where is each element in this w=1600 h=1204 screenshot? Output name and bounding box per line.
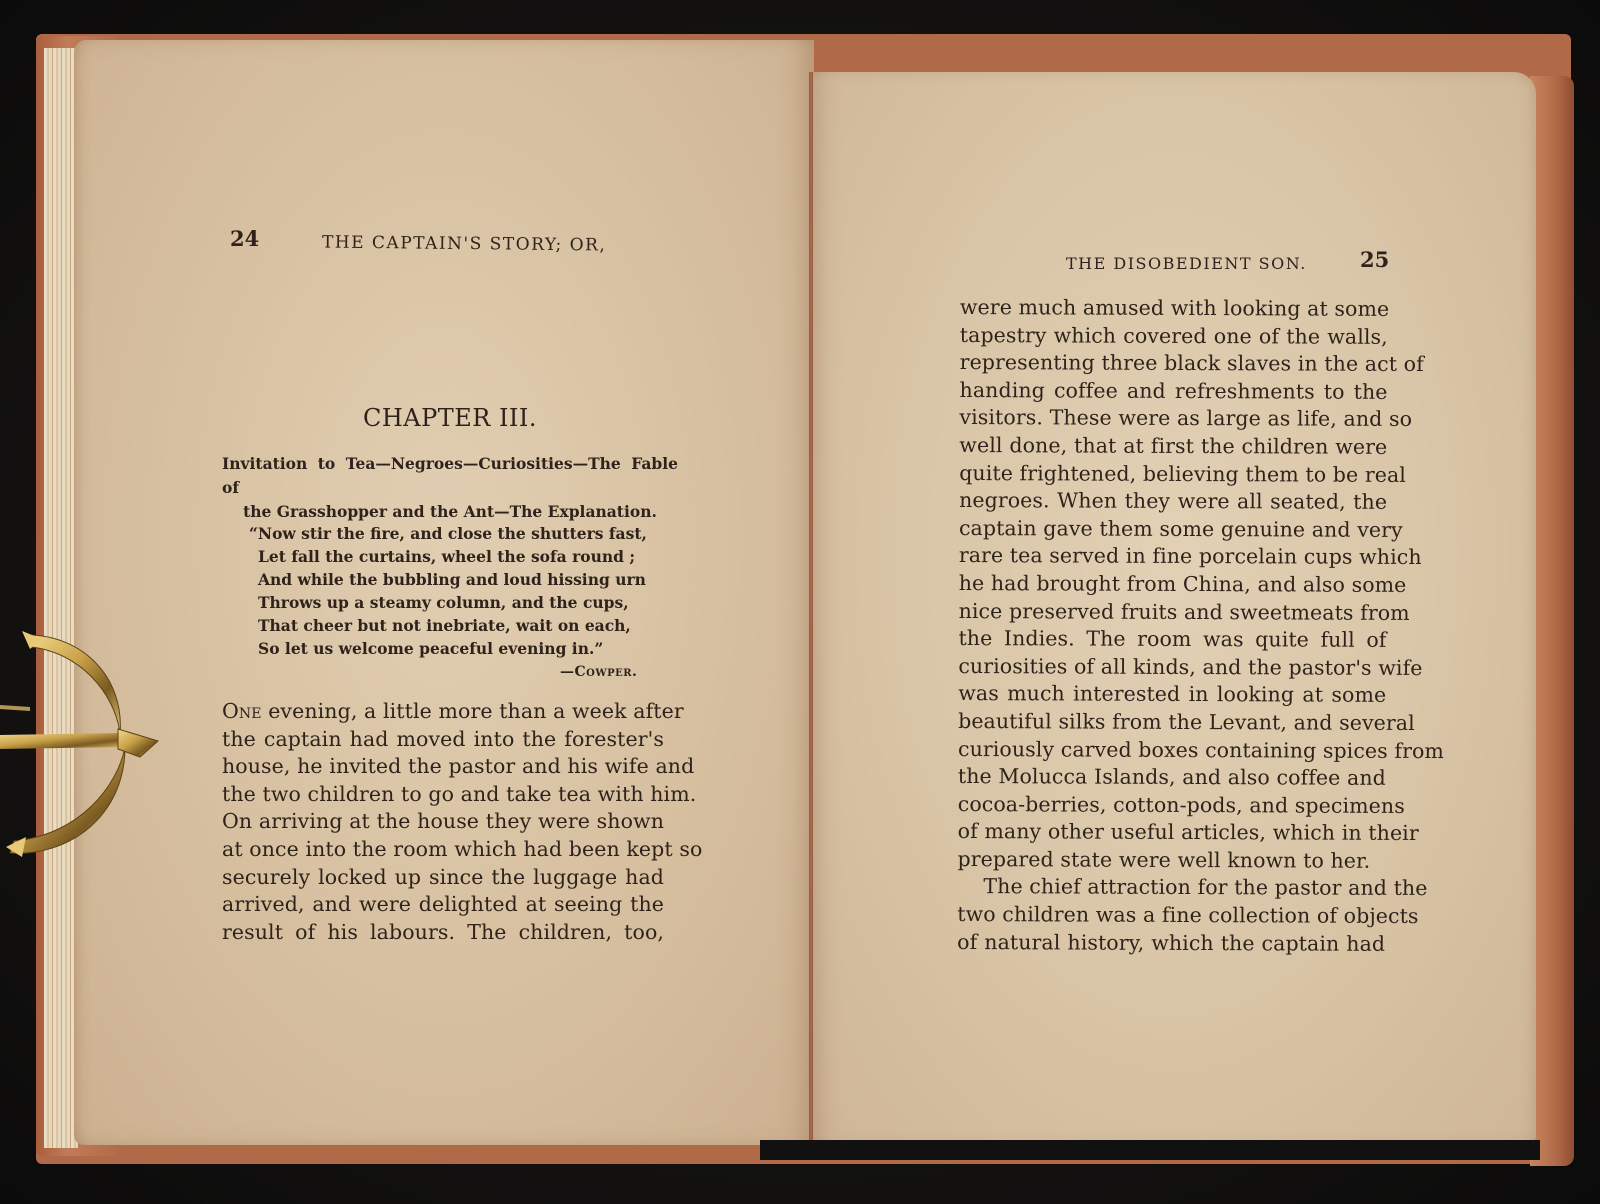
body-line: two children was a fine collection of ob… — [957, 901, 1385, 930]
epigraph-attribution: —Cowper. — [560, 664, 637, 680]
book-photo: 24 THE CAPTAIN'S STORY; OR, CHAPTER III.… — [0, 0, 1600, 1204]
body-line: the Molucca Islands, and also coffee and — [958, 763, 1386, 792]
body-line: captain gave them some genuine and very — [959, 515, 1387, 544]
epigraph-line: Throws up a steamy column, and the cups, — [258, 591, 658, 614]
body-line: curiously carved boxes containing spices… — [958, 735, 1386, 764]
body-line: well done, that at first the children we… — [959, 432, 1387, 461]
body-line: handing coffee and refreshments to the — [960, 377, 1388, 406]
body-line: of natural history, which the captain ha… — [957, 929, 1385, 958]
chapter-summary-line: Invitation to Tea—Negroes—Curiosities—Th… — [222, 452, 678, 500]
anchor-bookmark-icon — [0, 625, 170, 865]
left-body-text: One evening, a little more than a week a… — [222, 698, 664, 946]
body-line: the captain had moved into the forester'… — [222, 726, 664, 754]
body-line: house, he invited the pastor and his wif… — [222, 753, 664, 781]
body-line: rare tea served in fine porcelain cups w… — [959, 542, 1387, 571]
body-line: The chief attraction for the pastor and … — [957, 873, 1385, 902]
body-line: beautiful silks from the Levant, and sev… — [958, 708, 1386, 737]
epigraph: “Now stir the fire, and close the shutte… — [258, 522, 658, 660]
body-line: representing three black slaves in the a… — [960, 349, 1388, 378]
left-page-number: 24 — [230, 226, 259, 251]
chapter-summary: Invitation to Tea—Negroes—Curiosities—Th… — [222, 452, 678, 524]
body-line: One evening, a little more than a week a… — [222, 698, 664, 726]
epigraph-line: And while the bubbling and loud hissing … — [258, 568, 658, 591]
page-edges — [44, 48, 78, 1148]
body-line: prepared state were well known to her. — [957, 846, 1385, 875]
body-line: the Indies. The room was quite full of — [958, 625, 1386, 654]
body-line: of many other useful articles, which in … — [958, 818, 1386, 847]
drop-word: One — [222, 699, 262, 723]
epigraph-line: Let fall the curtains, wheel the sofa ro… — [258, 545, 658, 568]
chapter-title: CHAPTER III. — [225, 404, 675, 432]
epigraph-line: “Now stir the fire, and close the shutte… — [249, 522, 658, 545]
body-line: result of his labours. The children, too… — [222, 919, 664, 947]
epigraph-line: That cheer but not inebriate, wait on ea… — [258, 614, 658, 637]
body-line: tapestry which covered one of the walls, — [960, 322, 1388, 351]
body-line: curiosities of all kinds, and the pastor… — [958, 653, 1386, 682]
cover-right-edge — [1530, 76, 1574, 1166]
body-line: at once into the room which had been kep… — [222, 836, 664, 864]
epigraph-line: So let us welcome peaceful evening in.” — [258, 637, 658, 660]
body-line: quite frightened, believing them to be r… — [959, 460, 1387, 489]
body-line: On arriving at the house they were shown — [222, 808, 664, 836]
bottom-shadow — [760, 1140, 1540, 1160]
left-running-header: THE CAPTAIN'S STORY; OR, — [322, 233, 606, 256]
right-body-text: were much amused with looking at some ta… — [957, 294, 1388, 958]
body-line: negroes. When they were all seated, the — [959, 487, 1387, 516]
right-running-header: THE DISOBEDIENT SON. — [1066, 254, 1307, 273]
body-line: he had brought from China, and also some — [959, 570, 1387, 599]
body-line: cocoa-berries, cotton-pods, and specimen… — [958, 791, 1386, 820]
body-line: securely locked up since the luggage had — [222, 864, 664, 892]
body-line: visitors. These were as large as life, a… — [959, 404, 1387, 433]
body-line: were much amused with looking at some — [960, 294, 1388, 323]
body-line: arrived, and were delighted at seeing th… — [222, 891, 664, 919]
chapter-summary-line: the Grasshopper and the Ant—The Explanat… — [243, 502, 657, 521]
body-line: was much interested in looking at some — [958, 680, 1386, 709]
body-line: the two children to go and take tea with… — [222, 781, 664, 809]
book-gutter — [809, 72, 813, 1144]
body-line: nice preserved fruits and sweetmeats fro… — [959, 598, 1387, 627]
right-page-number: 25 — [1360, 247, 1389, 272]
